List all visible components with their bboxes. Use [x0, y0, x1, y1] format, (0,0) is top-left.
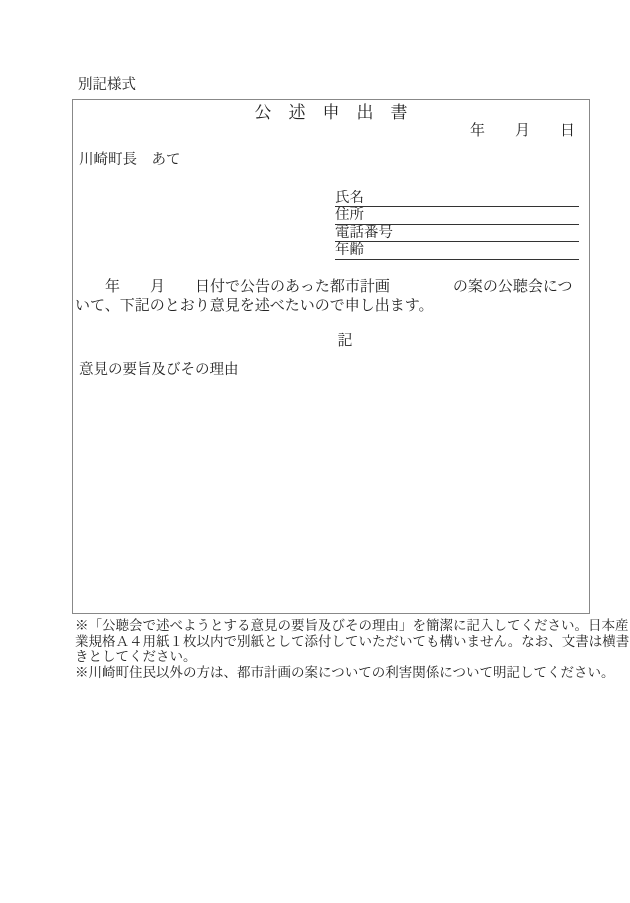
note-line-1: ※「公聴会で述べようとする意見の要旨及びその理由」を簡潔に記入してください。日本…: [75, 618, 629, 634]
age-field-label: 年齢: [335, 242, 364, 258]
applicant-fields: 氏名 住所 電話番号 年齢: [335, 190, 579, 260]
note-line-3: きとしてください。: [75, 649, 629, 665]
phone-field-row: 電話番号: [335, 225, 579, 242]
application-form-box: 公 述 申 出 書 年 月 日 川崎町長 あて 氏名 住所 電話番号 年齢: [72, 99, 590, 614]
age-field-value: [364, 242, 579, 258]
date-line: 年 月 日: [470, 122, 575, 140]
name-field-label: 氏名: [335, 190, 364, 206]
name-field-row: 氏名: [335, 190, 579, 207]
phone-field-label: 電話番号: [335, 225, 393, 241]
form-style-label: 別記様式: [78, 77, 136, 94]
body-line-1: 年 月 日付で公告のあった都市計画の案の公聴会につ: [75, 278, 587, 297]
address-field-label: 住所: [335, 207, 364, 223]
footnotes: ※「公聴会で述べようとする意見の要旨及びその理由」を簡潔に記入してください。日本…: [75, 618, 629, 680]
record-heading: 記: [73, 332, 589, 350]
document-page: 別記様式 公 述 申 出 書 年 月 日 川崎町長 あて 氏名 住所 電話番号 …: [0, 0, 630, 903]
address-field-row: 住所: [335, 207, 579, 224]
addressee-line: 川崎町長 あて: [79, 151, 181, 169]
body-paragraph: 年 月 日付で公告のあった都市計画の案の公聴会につ いて、下記のとおり意見を述べ…: [75, 278, 587, 315]
plan-name-blank: [390, 290, 453, 291]
body-line-2: いて、下記のとおり意見を述べたいので申し出ます。: [75, 297, 587, 316]
note-line-2: 業規格Ａ４用紙１枚以内で別紙として添付していただいても構いません。なお、文書は横…: [75, 634, 629, 650]
name-field-value: [364, 190, 579, 206]
age-field-row: 年齢: [335, 242, 579, 259]
form-title: 公 述 申 出 書: [73, 103, 589, 123]
body-line-1-end: の案の公聴会につ: [453, 279, 573, 295]
note-line-4: ※川崎町住民以外の方は、都市計画の案についての利害関係について明記してください。: [75, 665, 629, 681]
phone-field-value: [393, 225, 579, 241]
body-line-1-start: 年 月 日付で公告のあった都市計画: [75, 279, 390, 295]
opinion-heading: 意見の要旨及びその理由: [79, 361, 239, 379]
opinion-writing-area: [79, 384, 583, 607]
address-field-value: [364, 207, 579, 223]
